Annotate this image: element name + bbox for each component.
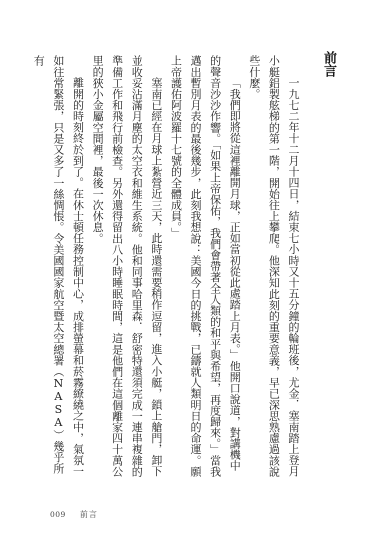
paragraph-3: 塞南已經在月球上紮營近三天，此時還需要稍作逗留，進入小艇，鎖上艙門，卸下並收妥沾… [87,55,165,480]
paragraph-1: 一九七二年十二月十四日，結束七小時又十五分鐘的輪班後，尤金．塞南踏上登月小艇鋁製… [244,55,303,480]
paragraph-4: 離開的時刻終於到了。在休士頓任務控制中心，成排螢幕和菸霧繚繞之中，氣氛一如往常緊… [29,55,88,480]
running-head: 前言 [80,509,98,520]
page-footer: 009 前言 [50,509,98,520]
body-text: 一九七二年十二月十四日，結束七小時又十五分鐘的輪班後，尤金．塞南踏上登月小艇鋁製… [29,55,303,480]
book-page: 前言 一九七二年十二月十四日，結束七小時又十五分鐘的輪班後，尤金．塞南踏上登月小… [0,0,390,554]
page-number: 009 [50,510,66,519]
section-title: 前言 [321,51,335,77]
paragraph-2: 「我們即將從這裡離開月球，正如當初從此處踏上月表。」他開口說道，對講機中的聲音沙… [166,55,244,480]
